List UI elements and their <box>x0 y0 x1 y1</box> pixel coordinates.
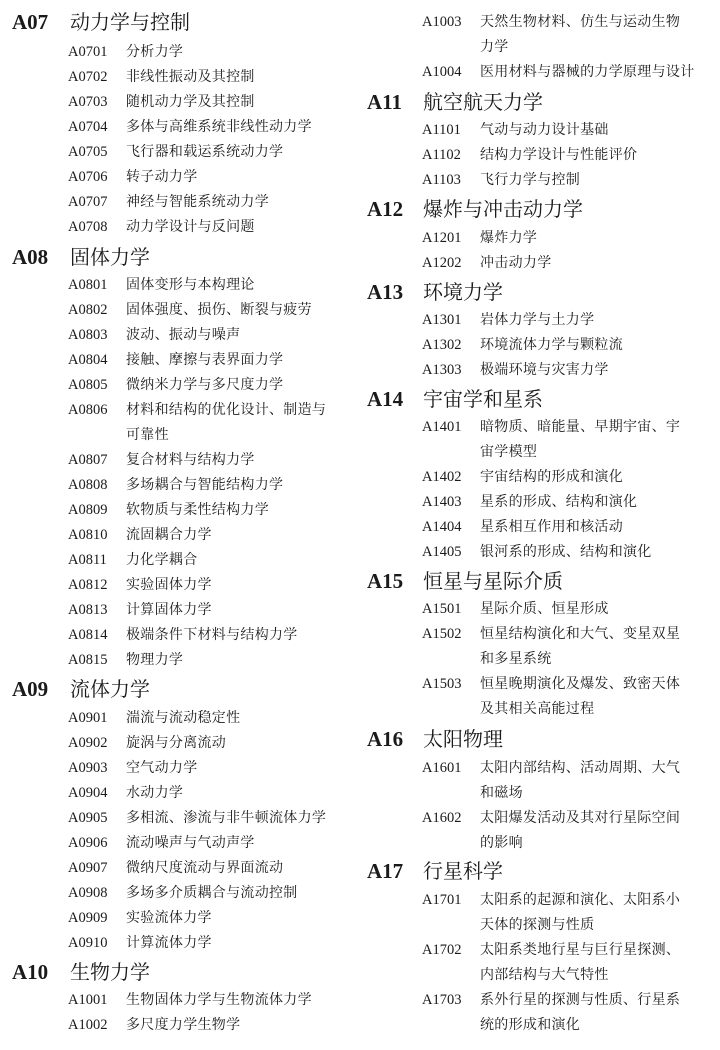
item-code: A0908 <box>68 881 107 906</box>
item-code: A0705 <box>68 140 107 165</box>
section-title: 爆炸与冲击动力学 <box>423 194 583 224</box>
section-code: A07 <box>12 7 48 37</box>
item-code: A1302 <box>422 333 461 358</box>
item-text: 极端条件下材料与结构力学 <box>126 623 298 648</box>
item-text: 非线性振动及其控制 <box>126 65 255 90</box>
item-code: A0904 <box>68 781 107 806</box>
item-code: A0815 <box>68 648 107 673</box>
item-code: A1102 <box>422 143 461 168</box>
item-code: A1303 <box>422 358 461 383</box>
item-code: A0901 <box>68 706 107 731</box>
item-code: A0801 <box>68 273 107 298</box>
item-text: 空气动力学 <box>126 756 198 781</box>
item-code: A0703 <box>68 90 107 115</box>
item-code: A1701 <box>422 888 461 913</box>
section-code: A10 <box>12 957 48 987</box>
item-code: A1003 <box>422 10 461 35</box>
item-code: A0909 <box>68 906 107 931</box>
item-text: 飞行力学与控制 <box>480 168 580 193</box>
item-code: A0708 <box>68 215 107 240</box>
item-code: A0807 <box>68 448 107 473</box>
item-text: 多尺度力学生物学 <box>126 1013 240 1038</box>
item-code: A1502 <box>422 622 461 647</box>
item-code: A1002 <box>68 1013 107 1038</box>
item-text: 气动与动力设计基础 <box>480 118 609 143</box>
item-text: 转子动力学 <box>126 165 198 190</box>
item-code: A0812 <box>68 573 107 598</box>
item-text: 计算固体力学 <box>126 598 212 623</box>
item-text: 多相流、渗流与非牛顿流体力学 <box>126 806 326 831</box>
item-code: A1602 <box>422 806 461 831</box>
item-code: A0803 <box>68 323 107 348</box>
item-code: A1601 <box>422 756 461 781</box>
item-code: A1004 <box>422 60 461 85</box>
item-text: 分析力学 <box>126 40 183 65</box>
item-text: 多场多介质耦合与流动控制 <box>126 881 298 906</box>
item-code: A0905 <box>68 806 107 831</box>
item-text: 宇宙结构的形成和演化 <box>480 465 623 490</box>
item-text: 力化学耦合 <box>126 548 198 573</box>
item-code: A1404 <box>422 515 461 540</box>
item-text: 环境流体力学与颗粒流 <box>480 333 623 358</box>
item-text: 波动、振动与噪声 <box>126 323 240 348</box>
item-text: 冲击动力学 <box>480 251 552 276</box>
item-text: 旋涡与分离流动 <box>126 731 226 756</box>
item-text: 固体强度、损伤、断裂与疲劳 <box>126 298 312 323</box>
item-code: A0811 <box>68 548 107 573</box>
item-text: 材料和结构的优化设计、制造与 <box>126 398 326 423</box>
item-code: A0813 <box>68 598 107 623</box>
item-text: 物理力学 <box>126 648 183 673</box>
section-code: A12 <box>367 194 403 224</box>
item-code: A1101 <box>422 118 461 143</box>
item-code: A0702 <box>68 65 107 90</box>
item-text: 天然生物材料、仿生与运动生物 <box>480 10 680 35</box>
item-text: 星系的形成、结构和演化 <box>480 490 637 515</box>
section-code: A16 <box>367 724 403 754</box>
section-code: A11 <box>367 87 402 117</box>
item-text: 极端环境与灾害力学 <box>480 358 609 383</box>
item-code: A0707 <box>68 190 107 215</box>
item-text: 软物质与柔性结构力学 <box>126 498 269 523</box>
item-text-line-2: 及其相关高能过程 <box>480 697 594 722</box>
item-text: 复合材料与结构力学 <box>126 448 255 473</box>
item-text: 神经与智能系统动力学 <box>126 190 269 215</box>
item-text: 暗物质、暗能量、早期宇宙、宇 <box>480 415 680 440</box>
section-code: A08 <box>12 242 48 272</box>
item-text: 生物固体力学与生物流体力学 <box>126 988 312 1013</box>
item-code: A0806 <box>68 398 107 423</box>
item-text-line-2: 和磁场 <box>480 781 523 806</box>
item-text: 随机动力学及其控制 <box>126 90 255 115</box>
item-code: A0814 <box>68 623 107 648</box>
item-code: A1201 <box>422 226 461 251</box>
section-code: A14 <box>367 384 403 414</box>
item-text: 医用材料与器械的力学原理与设计 <box>480 60 695 85</box>
item-text: 流固耦合力学 <box>126 523 212 548</box>
item-code: A0804 <box>68 348 107 373</box>
item-text: 微纳米力学与多尺度力学 <box>126 373 283 398</box>
item-code: A0907 <box>68 856 107 881</box>
item-code: A0810 <box>68 523 107 548</box>
item-code: A0910 <box>68 931 107 956</box>
item-text: 恒星结构演化和大气、变星双星 <box>480 622 680 647</box>
item-code: A1405 <box>422 540 461 565</box>
item-text-line-2: 的影响 <box>480 831 523 856</box>
item-code: A1403 <box>422 490 461 515</box>
item-code: A1501 <box>422 597 461 622</box>
section-code: A09 <box>12 674 48 704</box>
item-code: A0903 <box>68 756 107 781</box>
item-code: A1401 <box>422 415 461 440</box>
item-code: A0805 <box>68 373 107 398</box>
item-text: 湍流与流动稳定性 <box>126 706 240 731</box>
section-title: 太阳物理 <box>423 724 503 754</box>
section-title: 环境力学 <box>423 277 503 307</box>
item-text: 微纳尺度流动与界面流动 <box>126 856 283 881</box>
item-text-line-2: 统的形成和演化 <box>480 1013 580 1038</box>
item-text: 星际介质、恒星形成 <box>480 597 609 622</box>
section-title: 流体力学 <box>70 674 150 704</box>
item-code: A1301 <box>422 308 461 333</box>
item-text-line-2: 宙学模型 <box>480 440 537 465</box>
section-title: 行星科学 <box>423 856 503 886</box>
item-code: A0808 <box>68 473 107 498</box>
item-code: A0701 <box>68 40 107 65</box>
item-text-line-2: 内部结构与大气特性 <box>480 963 609 988</box>
item-code: A0809 <box>68 498 107 523</box>
item-text: 银河系的形成、结构和演化 <box>480 540 652 565</box>
item-text: 多体与高维系统非线性动力学 <box>126 115 312 140</box>
item-text: 爆炸力学 <box>480 226 537 251</box>
item-text-line-2: 和多星系统 <box>480 647 552 672</box>
section-title: 宇宙学和星系 <box>423 384 543 414</box>
item-code: A0704 <box>68 115 107 140</box>
item-text: 接触、摩擦与表界面力学 <box>126 348 283 373</box>
item-text: 星系相互作用和核活动 <box>480 515 623 540</box>
item-text: 实验流体力学 <box>126 906 212 931</box>
section-title: 生物力学 <box>70 957 150 987</box>
item-text: 水动力学 <box>126 781 183 806</box>
item-code: A1703 <box>422 988 461 1013</box>
item-code: A0706 <box>68 165 107 190</box>
section-title: 动力学与控制 <box>70 7 190 37</box>
item-text: 动力学设计与反问题 <box>126 215 255 240</box>
section-code: A13 <box>367 277 403 307</box>
item-text-line-2: 天体的探测与性质 <box>480 913 594 938</box>
item-text: 实验固体力学 <box>126 573 212 598</box>
item-code: A1103 <box>422 168 461 193</box>
item-text: 太阳系类地行星与巨行星探测、 <box>480 938 680 963</box>
item-text: 太阳内部结构、活动周期、大气 <box>480 756 680 781</box>
item-text: 计算流体力学 <box>126 931 212 956</box>
item-text: 岩体力学与土力学 <box>480 308 594 333</box>
section-title: 航空航天力学 <box>423 87 543 117</box>
item-code: A1503 <box>422 672 461 697</box>
item-text: 飞行器和载运系统动力学 <box>126 140 283 165</box>
item-code: A1202 <box>422 251 461 276</box>
item-code: A0906 <box>68 831 107 856</box>
item-text-line-2: 可靠性 <box>126 423 169 448</box>
item-text-line-2: 力学 <box>480 35 509 60</box>
item-text: 恒星晚期演化及爆发、致密天体 <box>480 672 680 697</box>
section-title: 固体力学 <box>70 242 150 272</box>
item-code: A0902 <box>68 731 107 756</box>
item-text: 太阳系的起源和演化、太阳系小 <box>480 888 680 913</box>
item-code: A1702 <box>422 938 461 963</box>
item-text: 系外行星的探测与性质、行星系 <box>480 988 680 1013</box>
item-text: 结构力学设计与性能评价 <box>480 143 637 168</box>
section-code: A17 <box>367 856 403 886</box>
item-text: 太阳爆发活动及其对行星际空间 <box>480 806 680 831</box>
section-code: A15 <box>367 566 403 596</box>
item-code: A1402 <box>422 465 461 490</box>
item-text: 多场耦合与智能结构力学 <box>126 473 283 498</box>
item-text: 流动噪声与气动声学 <box>126 831 255 856</box>
item-code: A1001 <box>68 988 107 1013</box>
item-text: 固体变形与本构理论 <box>126 273 255 298</box>
item-code: A0802 <box>68 298 107 323</box>
section-title: 恒星与星际介质 <box>423 566 563 596</box>
